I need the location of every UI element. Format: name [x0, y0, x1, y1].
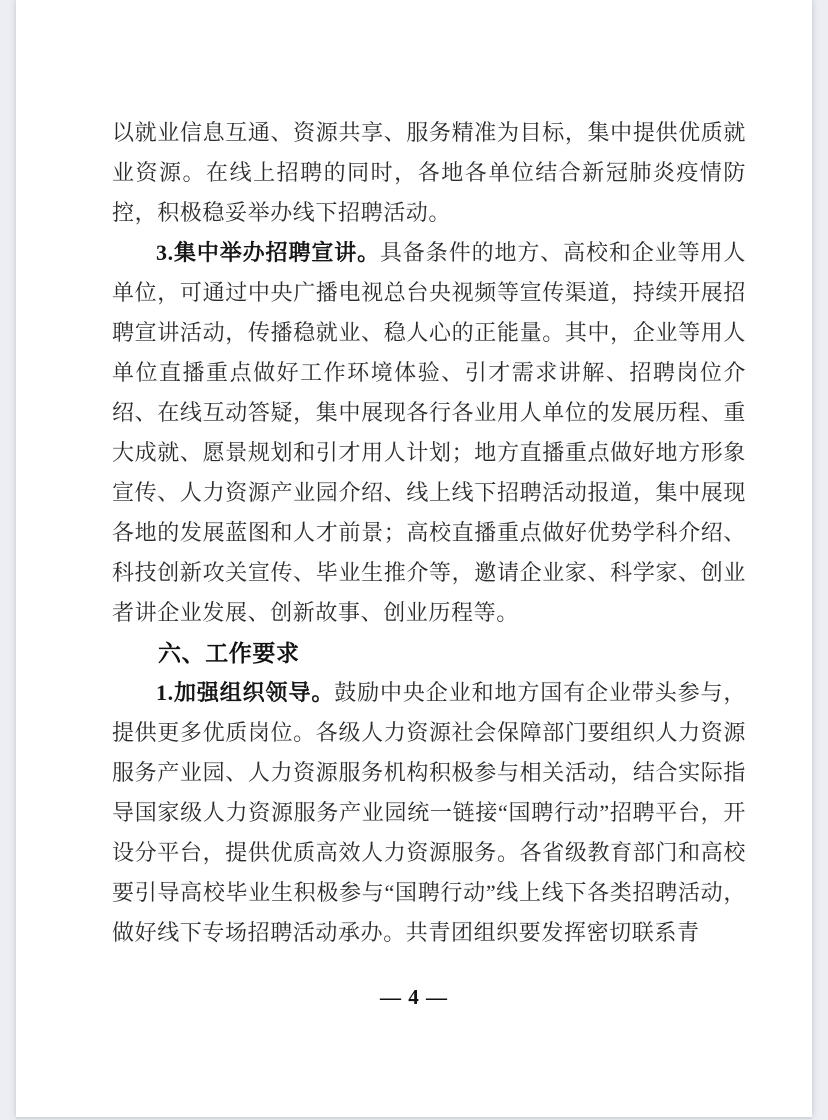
paragraph-lead-1: 1.加强组织领导。	[156, 680, 334, 705]
paragraph-text-3: 具备条件的地方、高校和企业等用人单位，可通过中央广播电视总台央视频等宣传渠道，持…	[112, 240, 746, 625]
paragraph-continuation: 以就业信息互通、资源共享、服务精准为目标，集中提供优质就业资源。在线上招聘的同时…	[112, 113, 746, 233]
paragraph-text-1: 鼓励中央企业和地方国有企业带头参与，提供更多优质岗位。各级人力资源社会保障部门要…	[112, 680, 746, 945]
page-bottom-edge	[16, 1117, 812, 1119]
paragraph-strengthen-leadership: 1.加强组织领导。鼓励中央企业和地方国有企业带头参与，提供更多优质岗位。各级人力…	[112, 673, 746, 953]
paragraph-recruitment-publicity: 3.集中举办招聘宣讲。具备条件的地方、高校和企业等用人单位，可通过中央广播电视总…	[112, 233, 746, 633]
document-body: 以就业信息互通、资源共享、服务精准为目标，集中提供优质就业资源。在线上招聘的同时…	[112, 113, 746, 953]
section-heading-work-requirements: 六、工作要求	[112, 633, 746, 673]
page-number: — 4 —	[16, 985, 812, 1010]
document-page: 以就业信息互通、资源共享、服务精准为目标，集中提供优质就业资源。在线上招聘的同时…	[16, 0, 812, 1117]
paragraph-lead-3: 3.集中举办招聘宣讲。	[156, 240, 380, 265]
